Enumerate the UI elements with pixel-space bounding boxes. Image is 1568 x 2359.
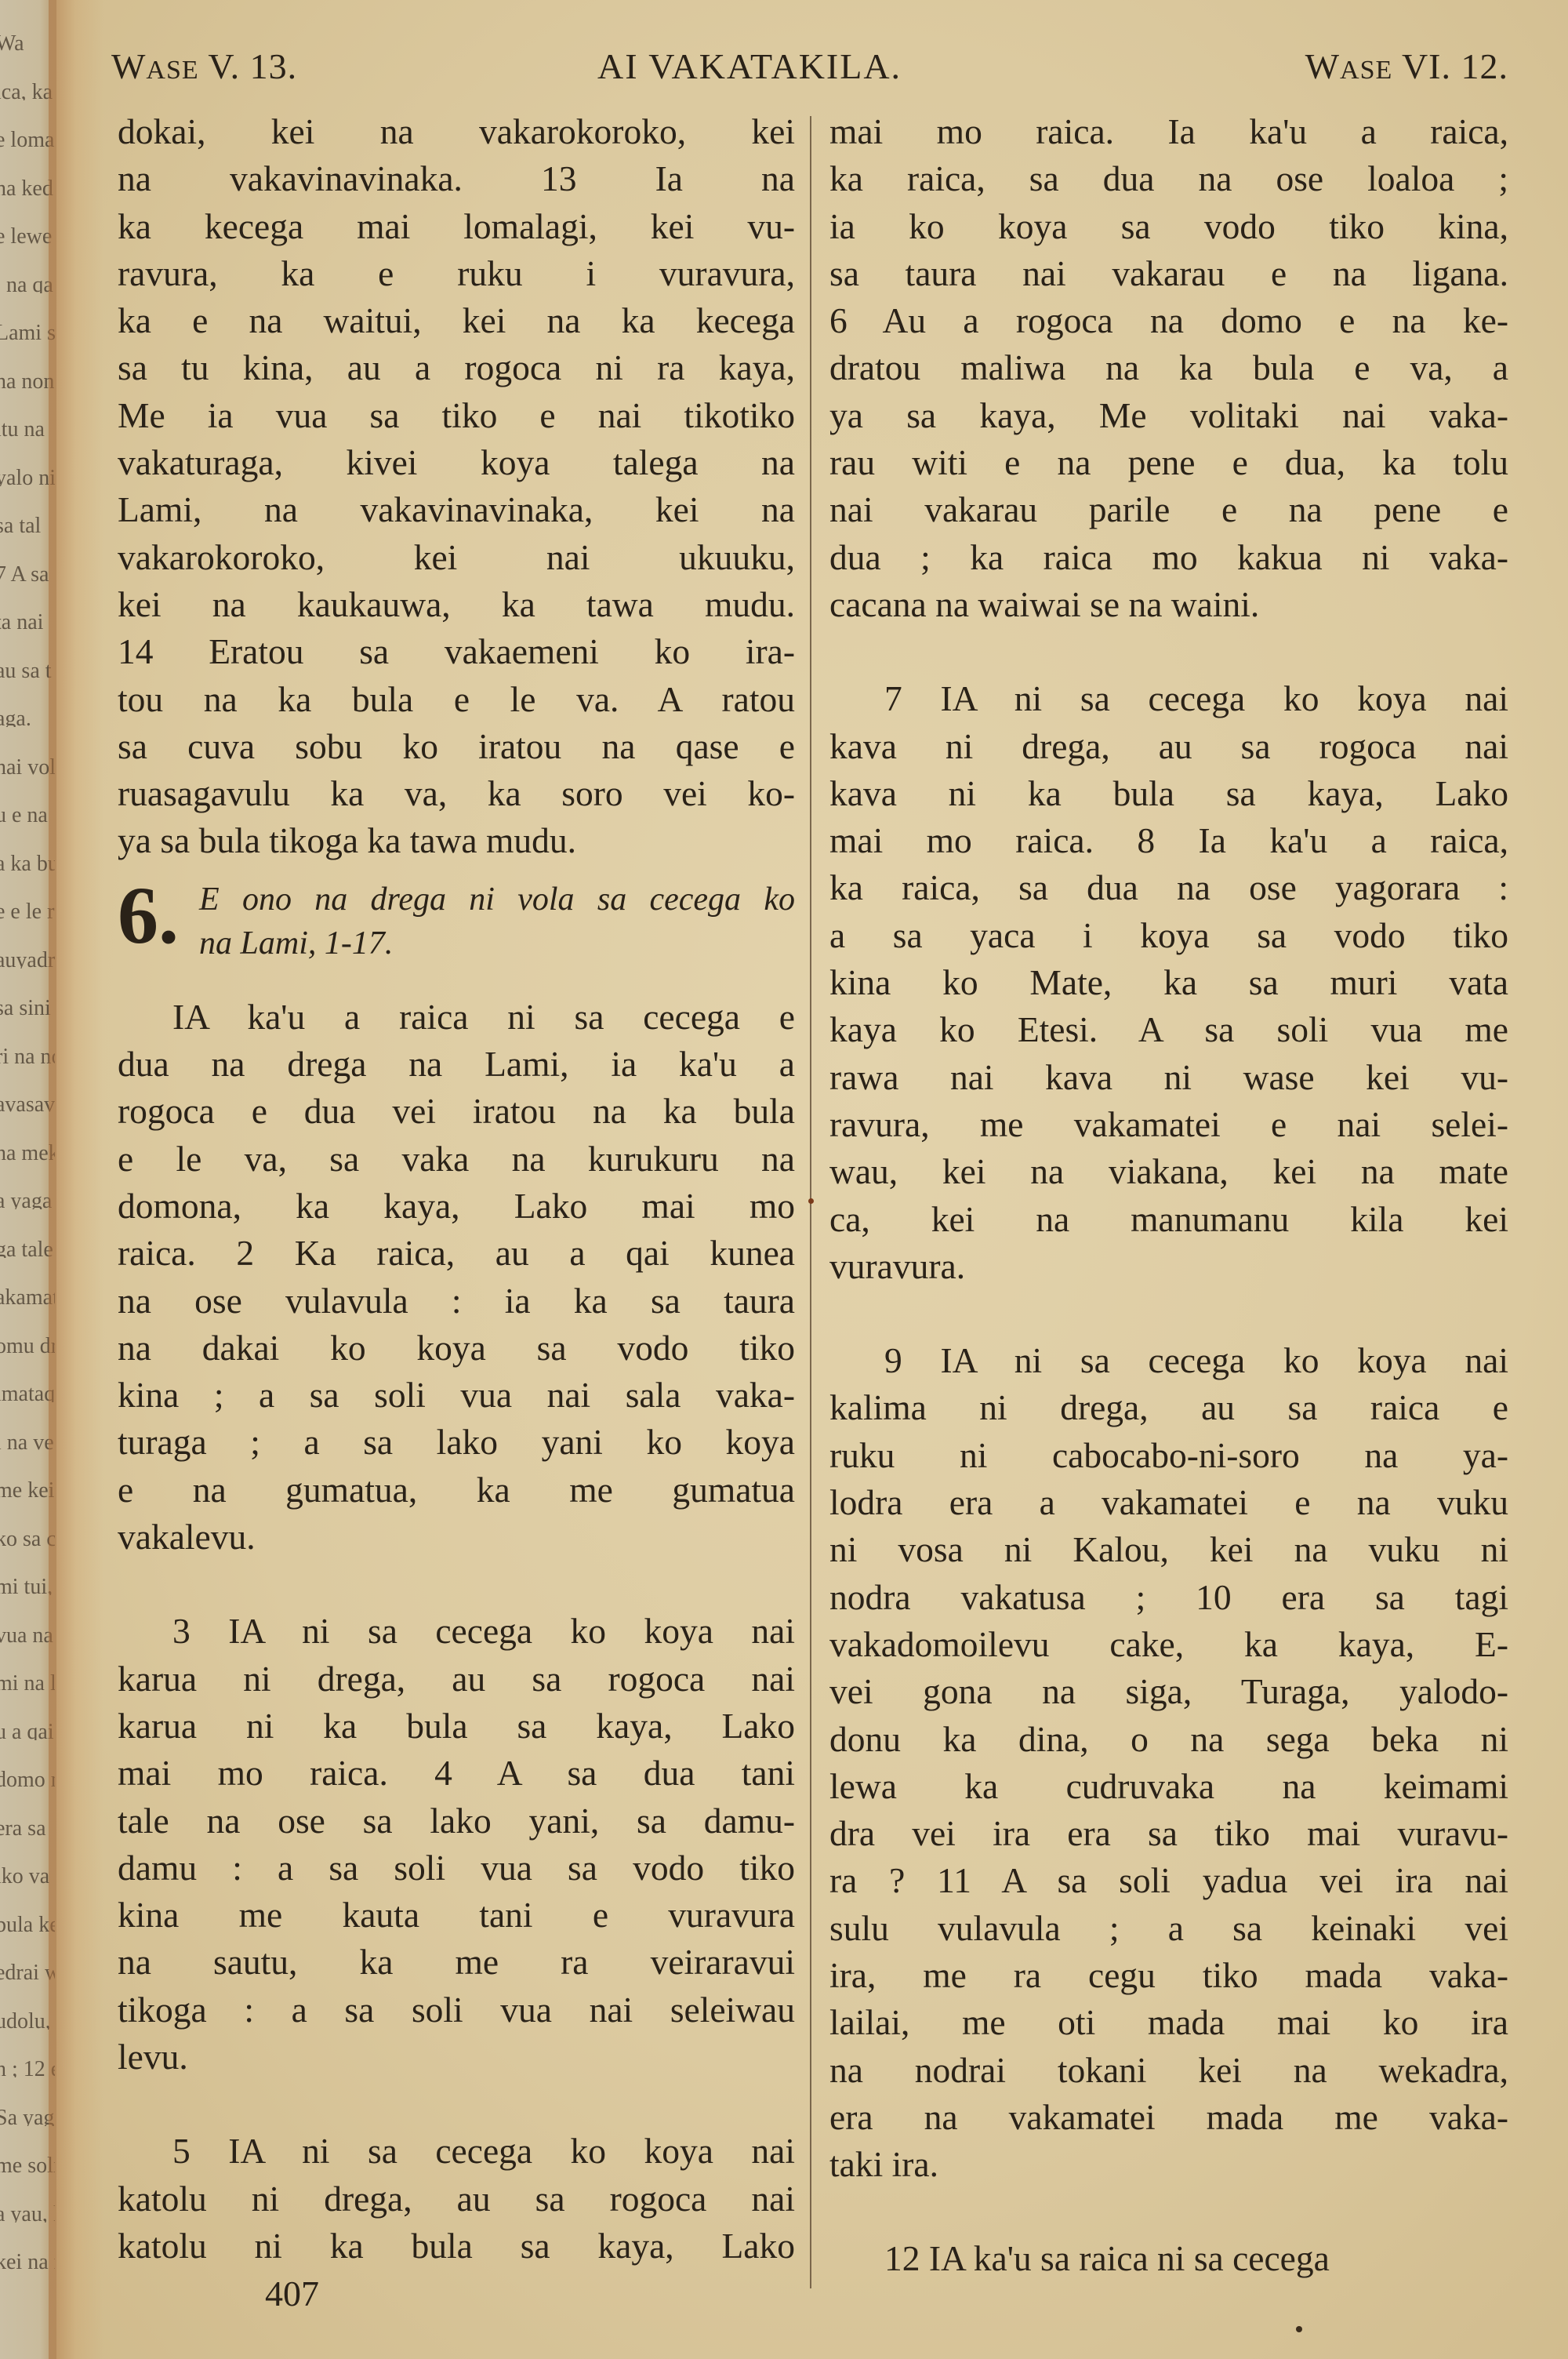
- text-line: lewa ka cudruvaka na keimami: [829, 1763, 1508, 1810]
- text-line: 5 IA ni sa cecega ko koya nai: [118, 2128, 795, 2175]
- text-line: mai mo raica. 8 Ia ka'u a raica,: [829, 817, 1508, 864]
- previous-page-text: na ked: [0, 176, 55, 197]
- text-line: rawa nai kava ni wase kei vu-: [829, 1054, 1508, 1101]
- text-line: tou na ka bula e le va. A ratou: [118, 676, 795, 723]
- text-line: na vakavinavinaka. 13 Ia na: [118, 155, 795, 202]
- previous-page-text: avasava: [0, 1092, 55, 1113]
- text-line: domona, ka kaya, Lako mai mo: [118, 1183, 795, 1230]
- text-line: nai vakarau parile e na pene e: [829, 486, 1508, 533]
- previous-page-text: omu dr: [0, 1334, 55, 1354]
- text-line: mai mo raica. Ia ka'u a raica,: [829, 108, 1508, 155]
- text-line: damu : a sa soli vua sa vodo tiko: [118, 1845, 795, 1892]
- text-line: 14 Eratou sa vakaemeni ko ira-: [118, 628, 795, 675]
- text-line: 9 IA ni sa cecega ko koya nai: [829, 1337, 1508, 1384]
- header-right-ref: WASE VI. 12.: [1305, 45, 1508, 87]
- text-line: na ose vulavula : ia ka sa taura: [118, 1278, 795, 1325]
- text-line: dua na drega na Lami, ia ka'u a: [118, 1041, 795, 1088]
- text-line: vuravura.: [829, 1243, 1508, 1290]
- text-line: na sautu, ka me ra veiraravui: [118, 1939, 795, 1986]
- text-line: Me ia vua sa tiko e nai tikotiko: [118, 392, 795, 439]
- text-line: ravura, ka e ruku i vuravura,: [118, 250, 795, 297]
- text-block: 12 IA ka'u sa raica ni sa cecega: [829, 2235, 1508, 2282]
- previous-page-text: mi tui,: [0, 1575, 55, 1595]
- text-line: sa cuva sobu ko iratou na qase e: [118, 723, 795, 770]
- text-line: tale na ose sa lako yani, sa damu-: [118, 1797, 795, 1845]
- ink-speck: [1296, 2326, 1302, 2332]
- text-line: ia ko koya sa vodo tiko kina,: [829, 203, 1508, 250]
- text-block: 9 IA ni sa cecega ko koya naikalima ni d…: [829, 1337, 1508, 2188]
- previous-page-text: a yau, k: [0, 2202, 55, 2223]
- previous-page-text: ica, ka: [0, 80, 55, 100]
- text-line: kaya ko Etesi. A sa soli vua me: [829, 1006, 1508, 1053]
- text-line: katolu ni ka bula sa kaya, Lako: [118, 2223, 795, 2270]
- text-line: kina ko Mate, ka sa muri vata: [829, 959, 1508, 1006]
- text-block: mai mo raica. Ia ka'u a raica,ka raica, …: [829, 108, 1508, 628]
- ink-speck: [808, 1198, 814, 1204]
- text-line: a sa yaca i koya sa vodo tiko: [829, 912, 1508, 959]
- text-line: ka raica, sa dua na ose loaloa ;: [829, 155, 1508, 202]
- text-line: kina me kauta tani e vuravura: [118, 1892, 795, 1939]
- previous-page-text: a ka bu: [0, 852, 55, 872]
- text-line: raica. 2 Ka raica, au a qai kunea: [118, 1230, 795, 1277]
- previous-page-text: yalo ni: [0, 466, 55, 486]
- text-line: Lami, na vakavinavinaka, kei na: [118, 486, 795, 533]
- previous-page-text: ga tale: [0, 1238, 55, 1258]
- text-line: ravura, me vakamatei e nai selei-: [829, 1101, 1508, 1148]
- previous-page-text: 7 A sa: [0, 562, 55, 583]
- text-line: ca, kei na manumanu kila kei: [829, 1196, 1508, 1243]
- text-line: rau witi e na pene e dua, ka tolu: [829, 439, 1508, 486]
- text-line: ka kecega mai lomalagi, kei vu-: [118, 203, 795, 250]
- previous-page-text: Wa: [0, 31, 55, 52]
- text-line: donu ka dina, o na sega beka ni: [829, 1716, 1508, 1763]
- text-block: IA ka'u a raica ni sa cecega edua na dre…: [118, 994, 795, 1561]
- previous-page-text: itu na: [0, 417, 55, 438]
- text-line: ka e na waitui, kei na ka kecega: [118, 297, 795, 344]
- text-line: lailai, me oti mada mai ko ira: [829, 1999, 1508, 2046]
- previous-page-text: i na ve: [0, 1430, 55, 1451]
- previous-page-text: u e na: [0, 803, 55, 823]
- text-line: ya sa bula tikoga ka tawa mudu.: [118, 817, 795, 864]
- text-line: mai mo raica. 4 A sa dua tani: [118, 1750, 795, 1797]
- book-page: Waica, kae lomana kede lewe. na qaLami s…: [0, 0, 1568, 2359]
- previous-page-text: Lami s: [0, 321, 55, 341]
- text-line: dokai, kei na vakarokoroko, kei: [118, 108, 795, 155]
- text-line: ra ? 11 A sa soli yadua vei ira nai: [829, 1857, 1508, 1904]
- previous-page-text: sa sini: [0, 996, 55, 1016]
- text-line: kei na kaukauwa, ka tawa mudu.: [118, 581, 795, 628]
- previous-page-text: udolu,: [0, 2009, 55, 2030]
- text-line: kalima ni drega, au sa raica e: [829, 1384, 1508, 1431]
- previous-page-text: e e le r: [0, 900, 55, 920]
- text-line: sa tu kina, au a rogoca ni ra kaya,: [118, 344, 795, 391]
- text-line: ruasagavulu ka va, ka soro vei ko-: [118, 770, 795, 817]
- previous-page-text: ri na no: [0, 1045, 55, 1065]
- text-line: dua ; ka raica mo kakua ni vaka-: [829, 534, 1508, 581]
- text-line: taki ira.: [829, 2141, 1508, 2188]
- previous-page-text: n ; 12 er: [0, 2057, 55, 2077]
- text-line: kava ni drega, au sa rogoca nai: [829, 723, 1508, 770]
- text-line: kina ; a sa soli vua nai sala vaka-: [118, 1372, 795, 1419]
- text-line: 6 Au a rogoca na domo e na ke-: [829, 297, 1508, 344]
- text-line: sa taura nai vakarau e na ligana.: [829, 250, 1508, 297]
- text-line: vakalevu.: [118, 1514, 795, 1561]
- previous-page-text: bula ke: [0, 1913, 55, 1933]
- text-line: 12 IA ka'u sa raica ni sa cecega: [829, 2235, 1508, 2282]
- gutter-shadow: [49, 0, 103, 2359]
- previous-page-text: u a qai: [0, 1720, 55, 1740]
- summary-line: na Lami, 1-17.: [199, 921, 795, 965]
- previous-page-text: kei na r: [0, 2250, 55, 2270]
- text-line: vakaturaga, kivei koya talega na: [118, 439, 795, 486]
- text-line: ya sa kaya, Me volitaki nai vaka-: [829, 392, 1508, 439]
- text-line: 3 IA ni sa cecega ko koya nai: [118, 1608, 795, 1655]
- previous-page-text: auyadra: [0, 948, 55, 969]
- previous-page-text: iko va: [0, 1864, 55, 1885]
- text-line: levu.: [118, 2034, 795, 2081]
- text-block: 3 IA ni sa cecega ko koya naikarua ni dr…: [118, 1608, 795, 2081]
- previous-page-text: mi na le: [0, 1671, 55, 1692]
- previous-page-text: a yaga: [0, 1189, 55, 1209]
- text-line: rogoca e dua vei iratou na ka bula: [118, 1088, 795, 1135]
- left-column: dokai, kei na vakarokoroko, keina vakavi…: [118, 108, 795, 2270]
- text-line: tikoga : a sa soli vua nai seleiwau: [118, 1986, 795, 2034]
- text-line: vakadomoilevu cake, ka kaya, E-: [829, 1621, 1508, 1668]
- page-number: 407: [265, 2273, 319, 2314]
- book-title: AI VAKATAKILA.: [597, 45, 902, 87]
- previous-page-text: sa tal: [0, 514, 55, 534]
- running-header: WASE V. 13. AI VAKATAKILA. WASE VI. 12.: [111, 45, 1508, 93]
- previous-page-text: aga.: [0, 707, 55, 727]
- previous-page-text: e lewe: [0, 224, 55, 245]
- previous-page-text: nai vol: [0, 755, 55, 776]
- previous-page-text: Sa yaga: [0, 2106, 55, 2126]
- text-line: IA ka'u a raica ni sa cecega e: [118, 994, 795, 1041]
- previous-page-text: domo n: [0, 1768, 55, 1788]
- text-line: cacana na waiwai se na waini.: [829, 581, 1508, 628]
- chapter-heading: 6. E ono na drega ni vola sa cecega ko n…: [118, 878, 795, 987]
- header-left-ref: WASE V. 13.: [111, 45, 297, 87]
- text-line: turaga ; a sa lako yani ko koya: [118, 1419, 795, 1466]
- text-line: dra vei ira era sa tiko mai vuravu-: [829, 1810, 1508, 1857]
- text-block: dokai, kei na vakarokoroko, keina vakavi…: [118, 108, 795, 865]
- previous-page-text: au sa t: [0, 659, 55, 679]
- previous-page-text: me kei: [0, 1478, 55, 1499]
- text-line: ira, me ra cegu tiko mada vaka-: [829, 1952, 1508, 1999]
- previous-page-text: e loma: [0, 128, 55, 148]
- previous-page-text: na mek: [0, 1141, 55, 1161]
- text-line: katolu ni drega, au sa rogoca nai: [118, 2175, 795, 2223]
- text-line: nodra vakatusa ; 10 era sa tagi: [829, 1574, 1508, 1621]
- text-line: vei gona na siga, Turaga, yalodo-: [829, 1668, 1508, 1715]
- previous-page-text: me soli: [0, 2154, 55, 2174]
- text-line: kava ni ka bula sa kaya, Lako: [829, 770, 1508, 817]
- previous-page-text: era sa: [0, 1816, 55, 1837]
- previous-page-text: ta nai: [0, 610, 55, 631]
- text-line: 7 IA ni sa cecega ko koya nai: [829, 675, 1508, 722]
- text-line: dratou maliwa na ka bula e va, a: [829, 344, 1508, 391]
- text-line: lodra era a vakamatei e na vuku: [829, 1479, 1508, 1526]
- right-column: mai mo raica. Ia ka'u a raica,ka raica, …: [829, 108, 1508, 2283]
- previous-page-text: edrai w: [0, 1961, 55, 1981]
- text-line: ruku ni cabocabo-ni-soro na ya-: [829, 1432, 1508, 1479]
- previous-page-text: vua na: [0, 1623, 55, 1644]
- previous-page-text: . na qa: [0, 273, 55, 293]
- text-line: vakarokoroko, kei nai ukuuku,: [118, 534, 795, 581]
- text-block: 5 IA ni sa cecega ko koya naikatolu ni d…: [118, 2128, 795, 2270]
- text-line: e le va, sa vaka na kurukuru na: [118, 1136, 795, 1183]
- summary-line: E ono na drega ni vola sa cecega ko: [199, 878, 795, 921]
- previous-page-text: ko sa c: [0, 1527, 55, 1547]
- text-line: e na gumatua, ka me gumatua: [118, 1467, 795, 1514]
- text-line: karua ni drega, au sa rogoca nai: [118, 1656, 795, 1703]
- text-line: era na vakamatei mada me vaka-: [829, 2094, 1508, 2141]
- previous-page-text: akamat: [0, 1285, 55, 1306]
- text-line: na dakai ko koya sa vodo tiko: [118, 1325, 795, 1372]
- previous-page-text: imataq: [0, 1382, 55, 1402]
- text-line: wau, kei na viakana, kei na mate: [829, 1148, 1508, 1195]
- text-line: ni vosa ni Kalou, kei na vuku ni: [829, 1526, 1508, 1573]
- chapter-summary: E ono na drega ni vola sa cecega ko na L…: [199, 878, 795, 965]
- text-line: ka raica, sa dua na ose yagorara :: [829, 864, 1508, 911]
- text-line: karua ni ka bula sa kaya, Lako: [118, 1703, 795, 1750]
- previous-page-text: na non: [0, 369, 55, 390]
- text-line: na nodrai tokani kei na wekadra,: [829, 2047, 1508, 2094]
- text-line: sulu vulavula ; a sa keinaki vei: [829, 1905, 1508, 1952]
- text-block: 7 IA ni sa cecega ko koya naikava ni dre…: [829, 675, 1508, 1290]
- chapter-number: 6.: [118, 873, 179, 959]
